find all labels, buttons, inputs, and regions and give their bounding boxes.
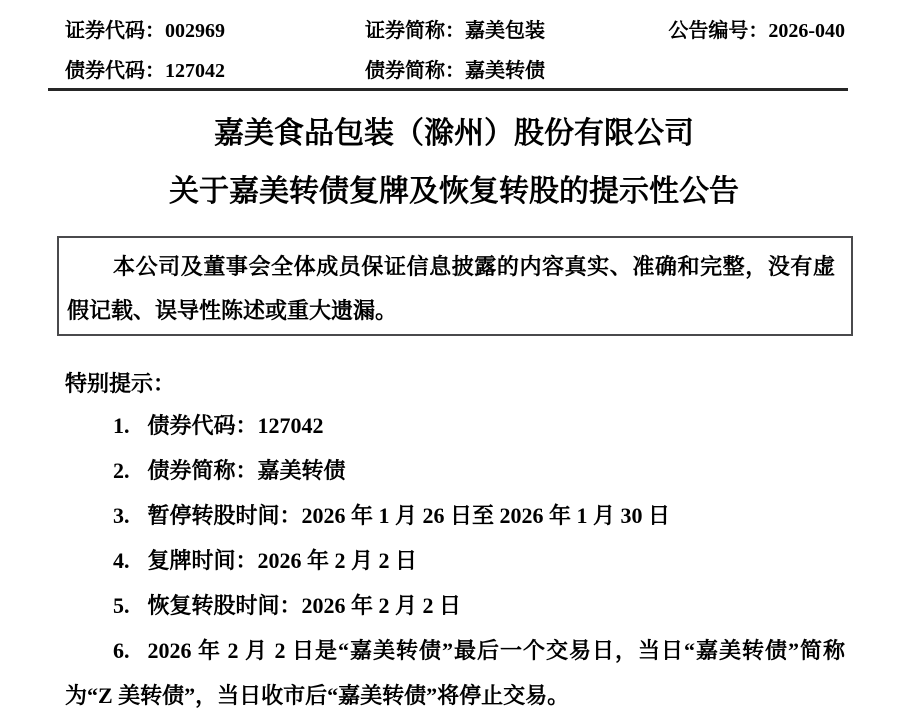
notice-item-number: 3.	[113, 503, 130, 528]
notice-item-text: 恢复转股时间：2026 年 2 月 2 日	[148, 593, 462, 618]
document-header: 证券代码：002969 证券简称：嘉美包装 公告编号：2026-040 债券代码…	[0, 0, 908, 82]
header-divider	[48, 88, 848, 91]
notice-item-1: 1.债券代码：127042	[65, 403, 845, 448]
stock-code-cell: 证券代码：002969	[65, 21, 365, 42]
notice-item-5: 5.恢复转股时间：2026 年 2 月 2 日	[65, 583, 845, 628]
disclaimer-text: 本公司及董事会全体成员保证信息披露的内容真实、准确和完整，没有虚假记载、误导性陈…	[67, 245, 835, 333]
header-row-bond: 债券代码：127042 债券简称：嘉美转债	[65, 61, 845, 82]
announcement-document: 证券代码：002969 证券简称：嘉美包装 公告编号：2026-040 债券代码…	[0, 0, 908, 722]
announcement-number-cell: 公告编号：2026-040	[668, 21, 845, 42]
notice-item-2: 2.债券简称：嘉美转债	[65, 448, 845, 493]
bond-short-label: 债券简称：	[365, 60, 465, 82]
notice-item-text: 债券代码：127042	[148, 413, 324, 438]
notice-item-text: 暂停转股时间：2026 年 1 月 26 日至 2026 年 1 月 30 日	[148, 503, 671, 528]
notice-item-text: 债券简称：嘉美转债	[148, 458, 346, 483]
special-notice-list: 1.债券代码：127042 2.债券简称：嘉美转债 3.暂停转股时间：2026 …	[65, 403, 845, 718]
disclaimer-box: 本公司及董事会全体成员保证信息披露的内容真实、准确和完整，没有虚假记载、误导性陈…	[57, 236, 853, 336]
notice-item-number: 4.	[113, 548, 130, 573]
notice-item-3: 3.暂停转股时间：2026 年 1 月 26 日至 2026 年 1 月 30 …	[65, 493, 845, 538]
bond-code-cell: 债券代码：127042	[65, 61, 365, 82]
bond-short-value: 嘉美转债	[465, 60, 545, 82]
special-notice-heading: 特别提示：	[65, 368, 908, 400]
bond-short-cell: 债券简称：嘉美转债	[365, 61, 845, 82]
stock-short-value: 嘉美包装	[465, 20, 545, 42]
company-title: 嘉美食品包装（滁州）股份有限公司	[30, 118, 878, 149]
announcement-number-label: 公告编号：	[668, 20, 768, 42]
announcement-number-value: 2026-040	[768, 20, 845, 42]
stock-short-cell: 证券简称：嘉美包装	[365, 21, 668, 42]
notice-item-4: 4.复牌时间：2026 年 2 月 2 日	[65, 538, 845, 583]
notice-item-6: 6.2026 年 2 月 2 日是“嘉美转债”最后一个交易日，当日“嘉美转债”简…	[65, 628, 845, 718]
stock-code-label: 证券代码：	[65, 20, 165, 42]
notice-item-text: 复牌时间：2026 年 2 月 2 日	[148, 548, 418, 573]
announcement-title: 关于嘉美转债复牌及恢复转股的提示性公告	[30, 176, 878, 207]
bond-code-label: 债券代码：	[65, 60, 165, 82]
notice-item-number: 2.	[113, 458, 130, 483]
header-row-stock: 证券代码：002969 证券简称：嘉美包装 公告编号：2026-040	[65, 21, 845, 42]
notice-item-number: 1.	[113, 413, 130, 438]
notice-item-number: 5.	[113, 593, 130, 618]
stock-short-label: 证券简称：	[365, 20, 465, 42]
notice-item-number: 6.	[113, 638, 130, 663]
stock-code-value: 002969	[165, 20, 225, 42]
notice-item-text: 2026 年 2 月 2 日是“嘉美转债”最后一个交易日，当日“嘉美转债”简称为…	[65, 638, 845, 708]
bond-code-value: 127042	[165, 60, 225, 82]
